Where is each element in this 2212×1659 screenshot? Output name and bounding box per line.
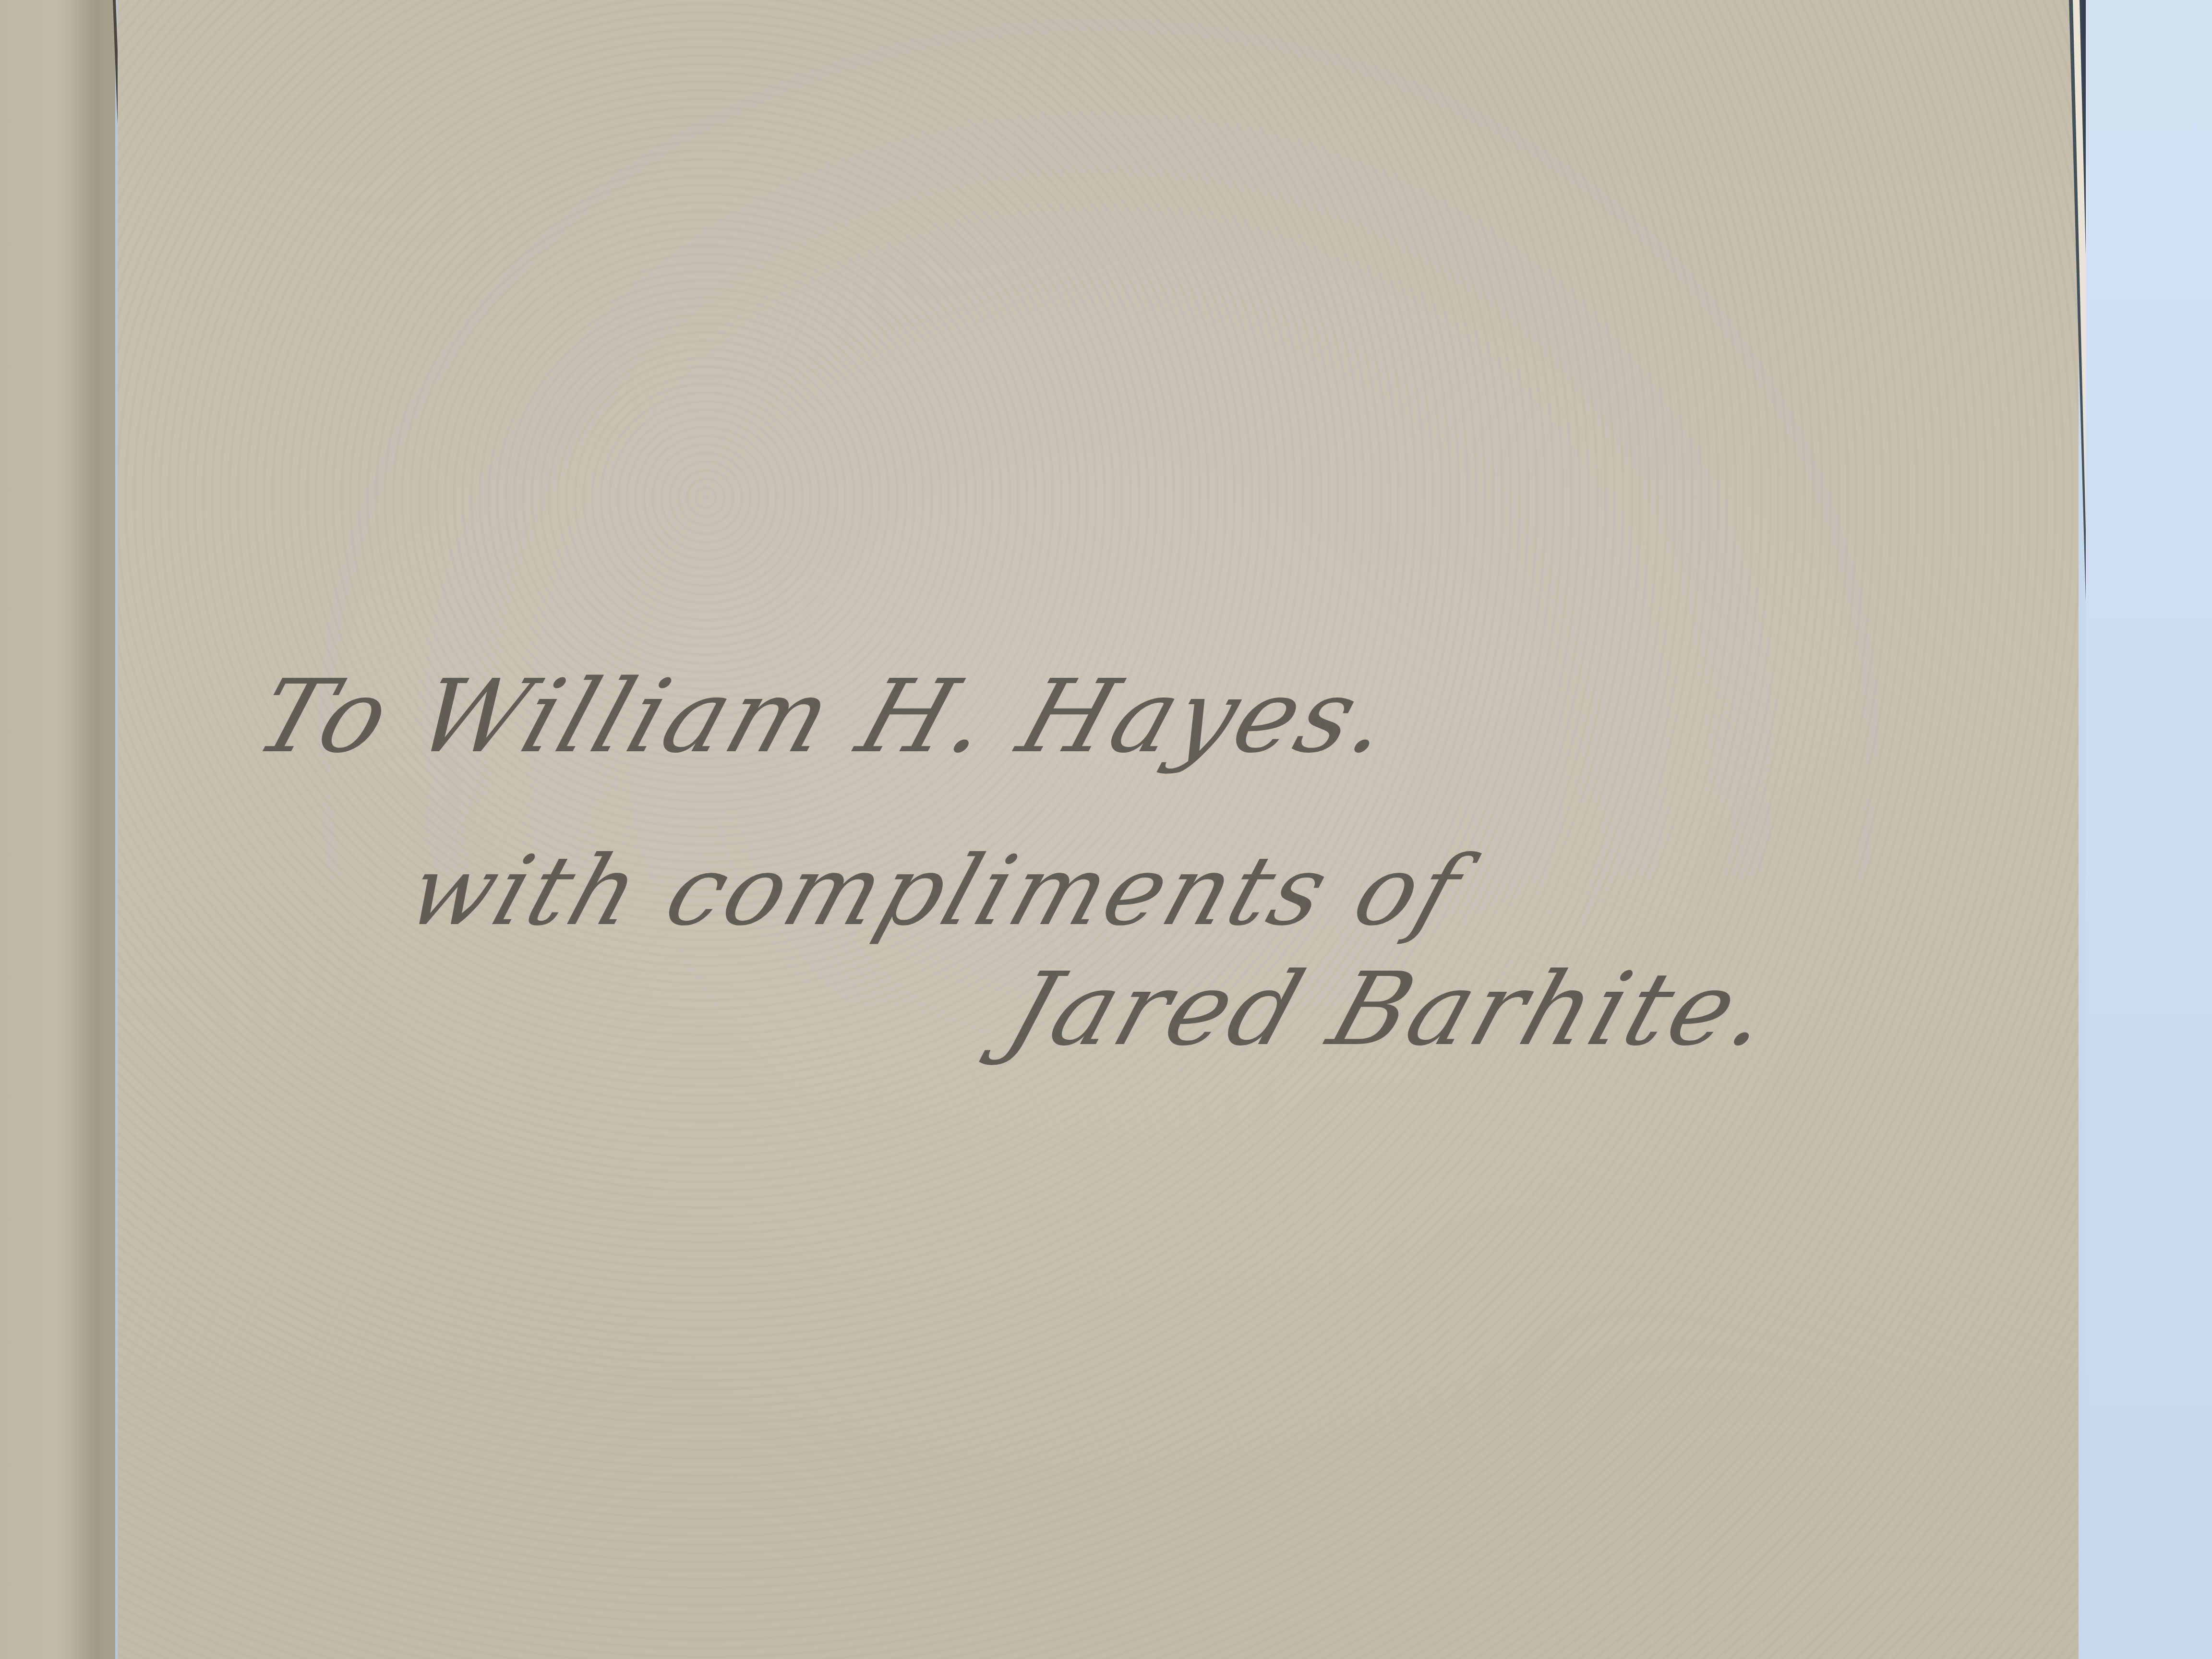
inscription-line-compliments: with compliments of <box>395 835 1476 947</box>
handwritten-inscription: To William H. Hayes. with compliments of… <box>0 0 2212 1659</box>
inscription-line-signature: Jared Barhite. <box>994 950 1789 1068</box>
inscription-line-recipient: To William H. Hayes. <box>242 658 1409 775</box>
book-photo: To William H. Hayes. with compliments of… <box>0 0 2212 1659</box>
